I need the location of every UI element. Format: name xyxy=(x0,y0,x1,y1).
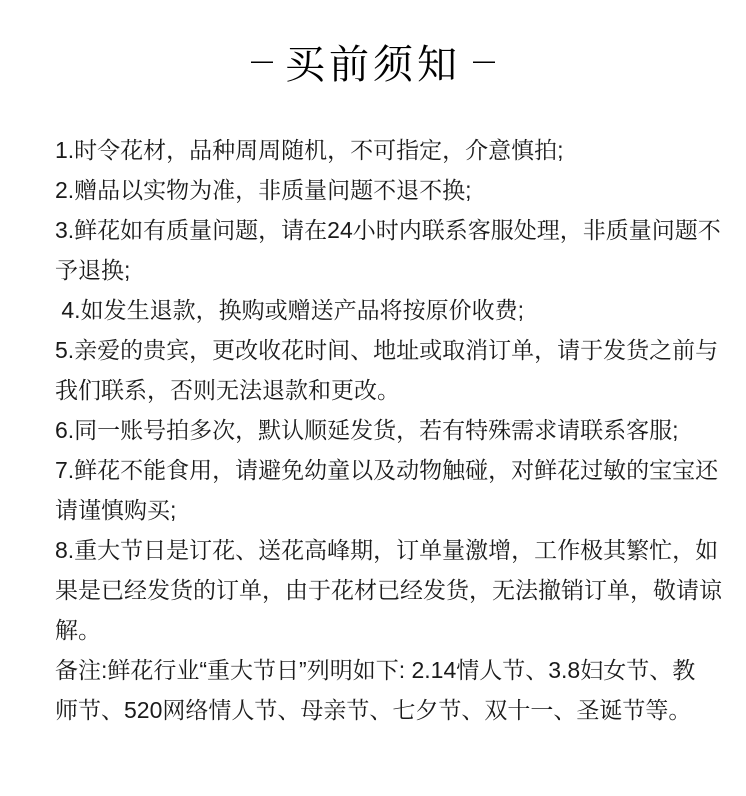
purchase-notice-page: — 买前须知 — 1.时令花材，品种周周随机，不可指定，介意慎拍; 2.赠品以实… xyxy=(0,0,746,796)
notice-line: 果是已经发货的订单，由于花材已经发货，无法撤销订单，敬请谅 xyxy=(55,570,716,610)
notice-line: 7.鲜花不能食用，请避免幼童以及动物触碰，对鲜花过敏的宝宝还 xyxy=(55,450,716,490)
notice-item-8: 8.重大节日是订花、送花高峰期，订单量激增，工作极其繁忙，如 果是已经发货的订单… xyxy=(55,530,716,650)
notice-item-note: 备注:鲜花行业“重大节日”列明如下: 2.14情人节、3.8妇女节、教 师节、5… xyxy=(55,650,716,730)
notice-line: 6.同一账号拍多次，默认顺延发货，若有特殊需求请联系客服; xyxy=(55,410,716,450)
page-title: — 买前须知 — xyxy=(0,36,746,86)
notice-line: 请谨慎购买; xyxy=(55,490,716,530)
notice-line: 解。 xyxy=(55,610,716,650)
notice-line: 1.时令花材，品种周周随机，不可指定，介意慎拍; xyxy=(55,130,716,170)
notice-item-4: 4.如发生退款，换购或赠送产品将按原价收费; xyxy=(55,290,716,330)
notice-line: 师节、520网络情人节、母亲节、七夕节、双十一、圣诞节等。 xyxy=(55,690,716,730)
notice-item-7: 7.鲜花不能食用，请避免幼童以及动物触碰，对鲜花过敏的宝宝还 请谨慎购买; xyxy=(55,450,716,530)
notice-line: 8.重大节日是订花、送花高峰期，订单量激增，工作极其繁忙，如 xyxy=(55,530,716,570)
notice-line: 备注:鲜花行业“重大节日”列明如下: 2.14情人节、3.8妇女节、教 xyxy=(55,650,716,690)
notice-line: 我们联系，否则无法退款和更改。 xyxy=(55,370,716,410)
notice-line: 2.赠品以实物为准，非质量问题不退不换; xyxy=(55,170,716,210)
notice-list: 1.时令花材，品种周周随机，不可指定，介意慎拍; 2.赠品以实物为准，非质量问题… xyxy=(0,130,746,730)
notice-item-2: 2.赠品以实物为准，非质量问题不退不换; xyxy=(55,170,716,210)
title-dash-right: — xyxy=(473,50,495,72)
notice-item-6: 6.同一账号拍多次，默认顺延发货，若有特殊需求请联系客服; xyxy=(55,410,716,450)
notice-item-5: 5.亲爱的贵宾，更改收花时间、地址或取消订单，请于发货之前与 我们联系，否则无法… xyxy=(55,330,716,410)
notice-line: 4.如发生退款，换购或赠送产品将按原价收费; xyxy=(55,290,716,330)
notice-line: 3.鲜花如有质量问题，请在24小时内联系客服处理，非质量问题不 xyxy=(55,210,716,250)
notice-item-3: 3.鲜花如有质量问题，请在24小时内联系客服处理，非质量问题不 予退换; xyxy=(55,210,716,290)
notice-line: 予退换; xyxy=(55,250,716,290)
notice-line: 5.亲爱的贵宾，更改收花时间、地址或取消订单，请于发货之前与 xyxy=(55,330,716,370)
page-title-text: 买前须知 xyxy=(285,33,461,90)
title-dash-left: — xyxy=(251,50,273,72)
notice-item-1: 1.时令花材，品种周周随机，不可指定，介意慎拍; xyxy=(55,130,716,170)
